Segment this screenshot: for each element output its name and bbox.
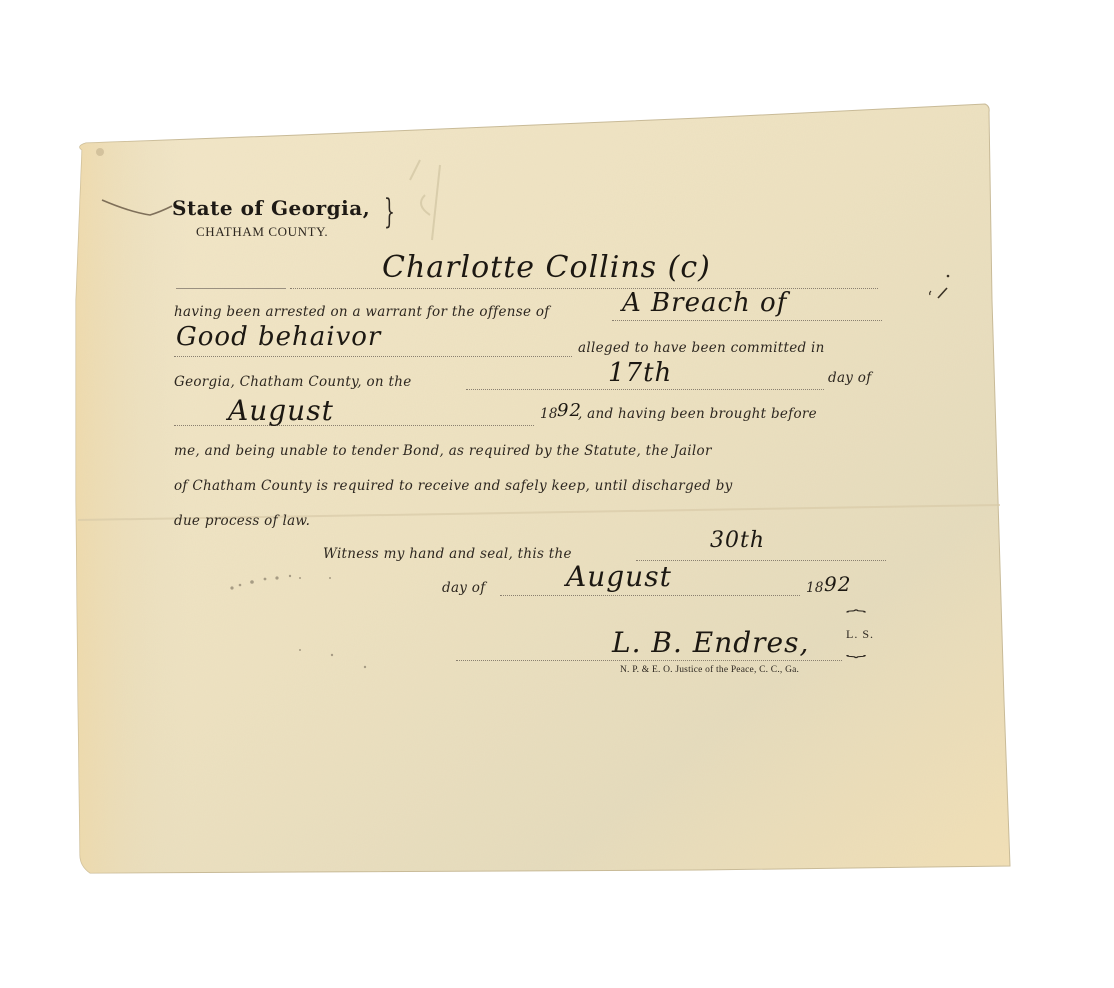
offense-rule-2 bbox=[174, 356, 572, 357]
text-due-process: due process of law. bbox=[174, 513, 310, 529]
offense-text-1: A Breach of bbox=[622, 288, 787, 318]
text-tender-bond: me, and being unable to tender Bond, as … bbox=[174, 443, 712, 459]
signature: L. B. Endres, bbox=[612, 626, 809, 659]
witness-year-prefix: 18 bbox=[806, 580, 824, 596]
text-georgia-on-the: Georgia, Chatham County, on the bbox=[174, 374, 412, 390]
witness-day-rule bbox=[636, 560, 886, 561]
header-brace: } bbox=[384, 192, 395, 232]
text-day-of-2: day of bbox=[442, 580, 486, 596]
signer-title: N. P. & E. O. Justice of the Peace, C. C… bbox=[620, 665, 799, 675]
state-heading: State of Georgia, bbox=[172, 196, 370, 220]
document-sheet: State of Georgia, CHATHAM COUNTY. } Char… bbox=[0, 0, 1114, 988]
text-offense-intro: having been arrested on a warrant for th… bbox=[174, 304, 550, 320]
county-heading: CHATHAM COUNTY. bbox=[196, 224, 328, 240]
offense-day: 17th bbox=[608, 358, 672, 388]
paper-background bbox=[0, 0, 1114, 988]
defendant-name: Charlotte Collins (c) bbox=[382, 250, 711, 285]
witness-month-rule bbox=[500, 595, 800, 596]
signature-rule bbox=[456, 660, 842, 661]
witness-day: 30th bbox=[710, 528, 765, 553]
seal-label: L. S. bbox=[846, 627, 874, 642]
text-safely-keep: of Chatham County is required to receive… bbox=[174, 478, 733, 494]
year-prefix: 18 bbox=[540, 406, 558, 422]
text-alleged: alleged to have been committed in bbox=[578, 340, 825, 356]
offense-month: August bbox=[228, 394, 334, 427]
offense-rule-1 bbox=[612, 320, 882, 321]
witness-year-suffix: 92 bbox=[824, 572, 851, 596]
seal-brace-top: ⏞ bbox=[846, 610, 866, 626]
day-rule bbox=[466, 389, 824, 390]
name-rule bbox=[290, 288, 878, 289]
offense-text-2: Good behaivor bbox=[176, 322, 381, 352]
seal-brace-bottom: ⏟ bbox=[846, 642, 866, 658]
name-rule-left bbox=[176, 288, 286, 289]
text-day-of: day of bbox=[828, 370, 872, 386]
witness-month: August bbox=[566, 560, 672, 593]
text-brought-before: , and having been brought before bbox=[578, 406, 817, 422]
text-witness: Witness my hand and seal, this the bbox=[323, 546, 572, 562]
